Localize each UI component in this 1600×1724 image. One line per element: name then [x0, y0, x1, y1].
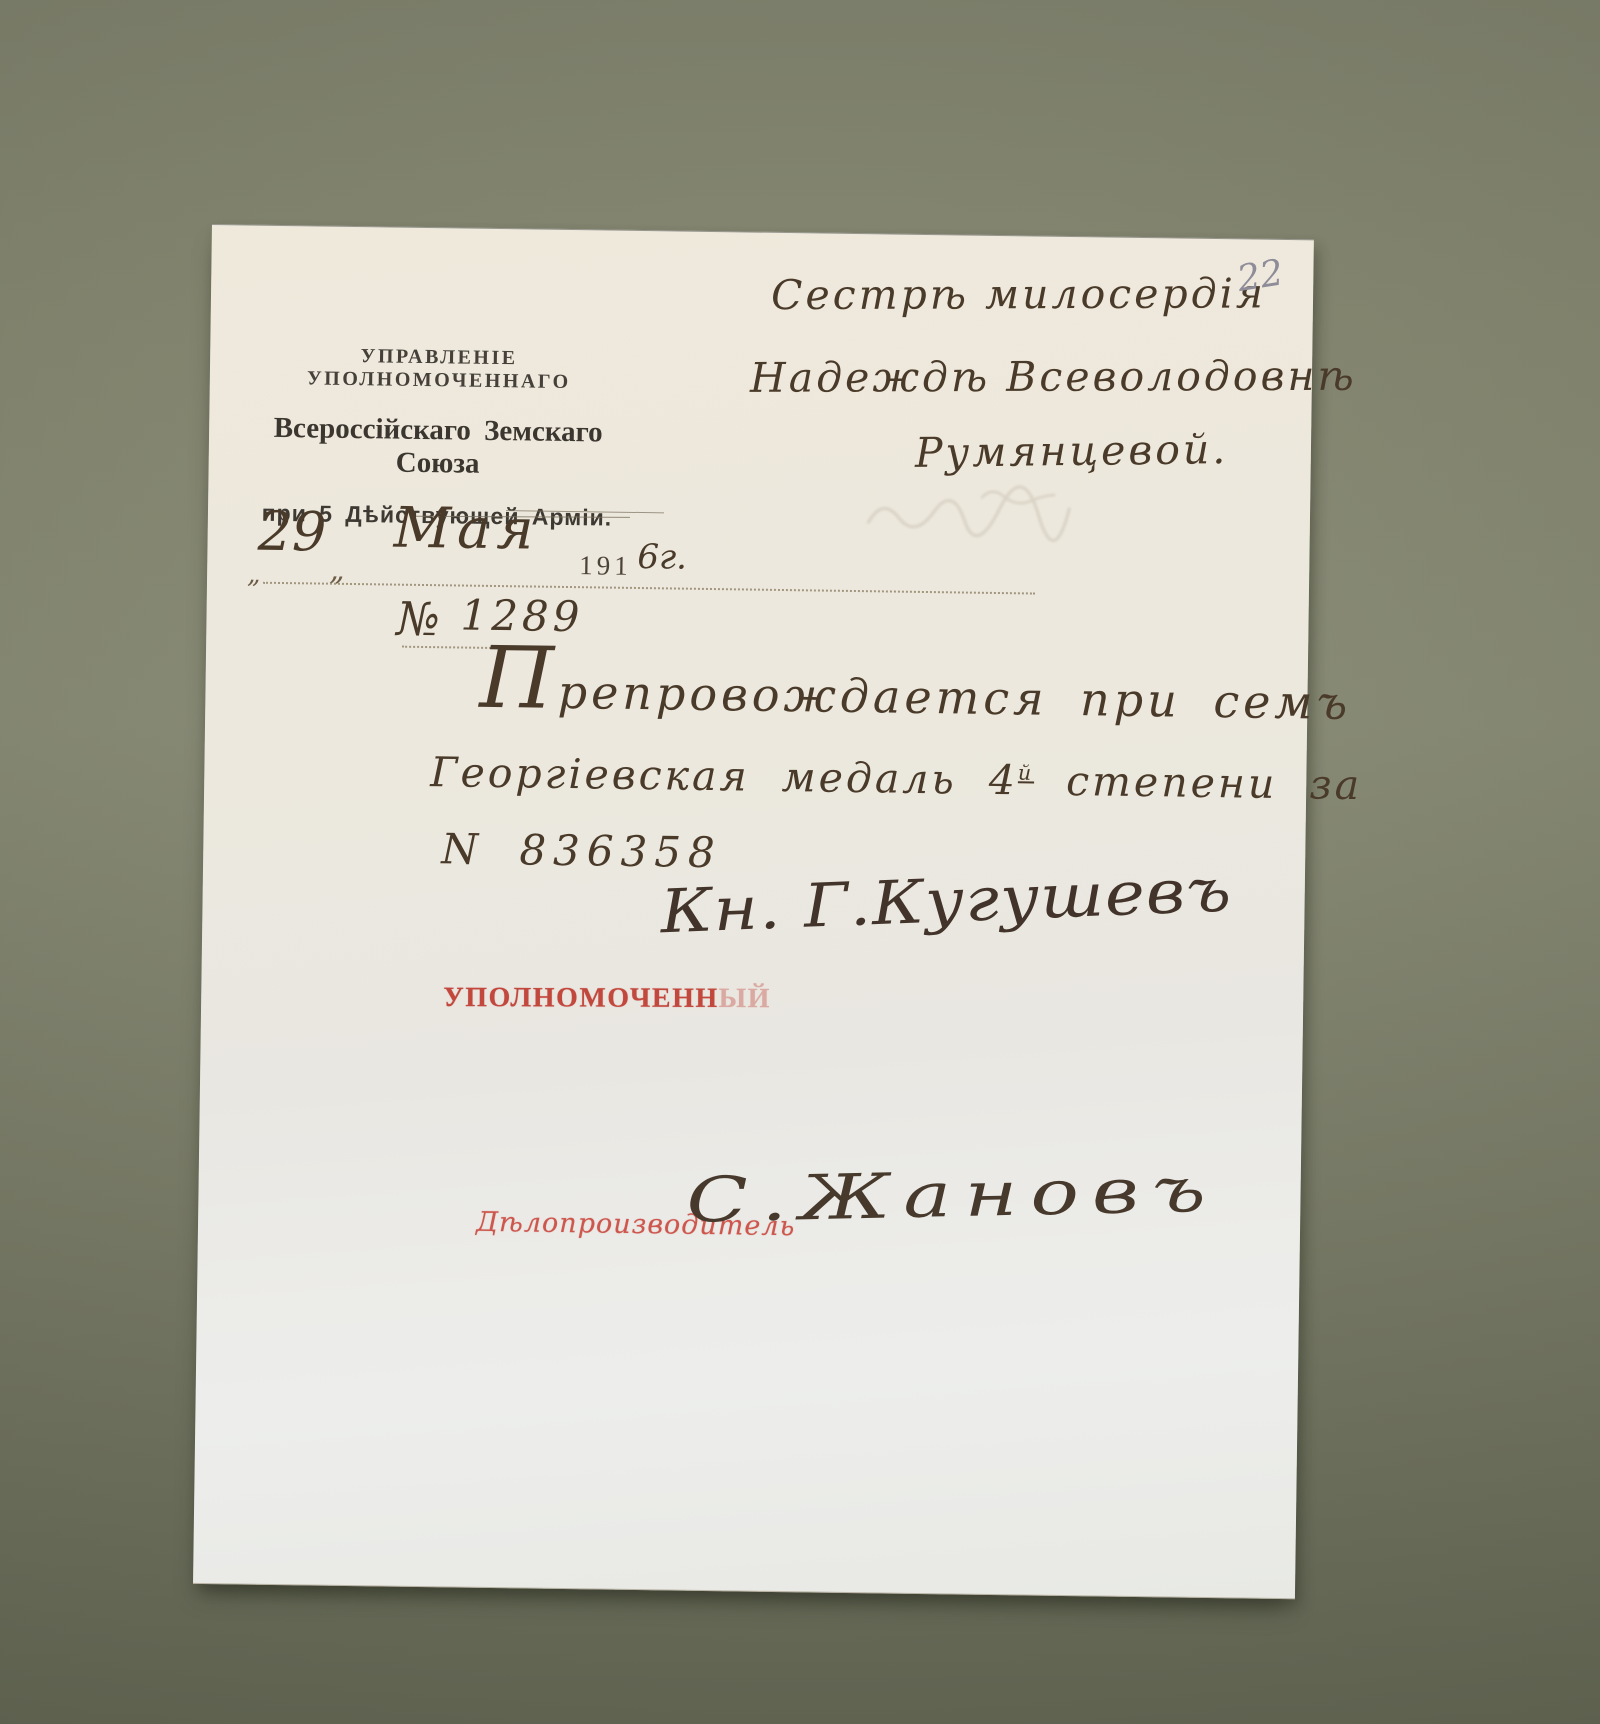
date-year-handwritten: 6г.	[637, 537, 687, 578]
document-paper: УПРАВЛЕНІЕ УПОЛНОМОЧЕННАГО Всероссійскаг…	[193, 224, 1314, 1599]
body-line-2-spacer	[1034, 757, 1067, 805]
clerk-signature: С.Жановъ	[686, 1153, 1220, 1237]
body-line-1: Препровождается при семъ	[479, 645, 1352, 730]
body-line-2: Георгіевская медаль 4й степени за	[430, 748, 1362, 809]
body-line-2-end: степени за	[1066, 757, 1363, 809]
commissioner-stamp-faded: ЫЙ	[719, 983, 771, 1014]
recipient-line-3: Румянцевой.	[915, 425, 1229, 477]
commissioner-signature: Кн. Г.Кугушевъ	[659, 855, 1233, 947]
letterhead-line-1: УПРАВЛЕНІЕ УПОЛНОМОЧЕННАГО	[256, 344, 623, 395]
body-line-3-medal-number: N 836358	[441, 824, 722, 877]
body-line-2-start: Георгіевская медаль 4	[430, 748, 1018, 804]
letterhead-line-2: Всероссійскаго Земскаго Союза	[254, 412, 621, 483]
photo-background: { "letterhead": { "line1": "УПРАВЛЕНІЕ У…	[0, 0, 1600, 1724]
ink-showthrough-marks	[855, 480, 1106, 555]
body-line-2-superscript: й	[1018, 761, 1035, 785]
pencil-archival-number: 22	[1234, 252, 1286, 300]
document-number-symbol: №	[396, 592, 440, 647]
date-month-handwritten: Мая	[393, 496, 540, 563]
commissioner-stamp-visible: УПОЛНОМОЧЕНН	[443, 982, 719, 1014]
date-day-handwritten: 29	[257, 500, 327, 564]
date-ditto-mark-2: „	[247, 560, 261, 590]
recipient-line-2: Надеждѣ Всеволодовнѣ	[750, 352, 1357, 402]
date-year-printed: 191	[579, 550, 632, 582]
recipient-line-1: Сестрѣ милосердія	[771, 269, 1266, 319]
commissioner-stamp: УПОЛНОМОЧЕННЫЙ	[443, 982, 771, 1015]
date-dotted-underline	[263, 582, 1035, 595]
